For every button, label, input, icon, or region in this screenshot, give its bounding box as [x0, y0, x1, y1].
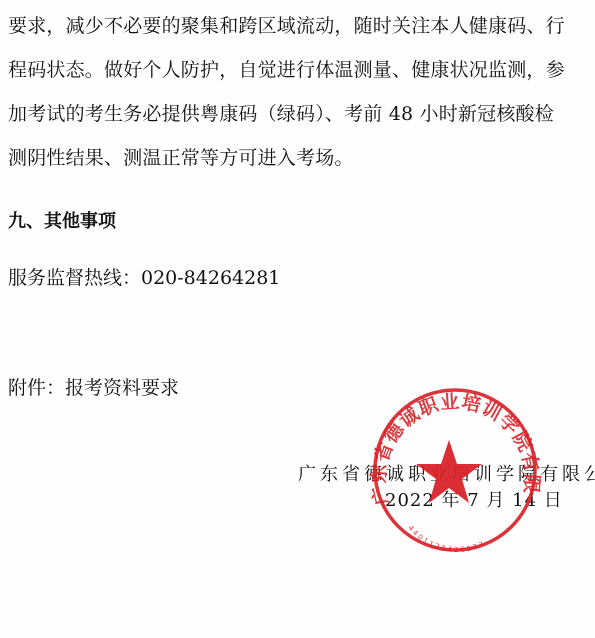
paragraph-line: 要求，减少不必要的聚集和跨区域流动，随时关注本人健康码、行 — [8, 4, 592, 48]
paragraph-line: 加考试的考生务必提供粤康码（绿码）、考前 48 小时新冠核酸检 — [8, 92, 592, 136]
body-paragraph: 要求，减少不必要的聚集和跨区域流动，随时关注本人健康码、行 程码状态。做好个人防… — [8, 4, 592, 180]
attachment-text: 附件：报考资料要求 — [8, 376, 179, 400]
section-heading: 九、其他事项 — [8, 210, 116, 234]
paragraph-line: 测阴性结果、测温正常等方可进入考场。 — [8, 136, 592, 180]
organization-name: 广东省德诚职业培训学院有限公司 — [298, 460, 595, 486]
signature-date: 2022 年 7 月 14 日 — [385, 486, 563, 512]
seal-number: 4401120426833 — [406, 524, 487, 554]
paragraph-line: 程码状态。做好个人防护，自觉进行体温测量、健康状况监测，参 — [8, 48, 592, 92]
svg-text:4401120426833: 4401120426833 — [406, 524, 487, 554]
hotline-text: 服务监督热线：020-84264281 — [8, 266, 280, 290]
